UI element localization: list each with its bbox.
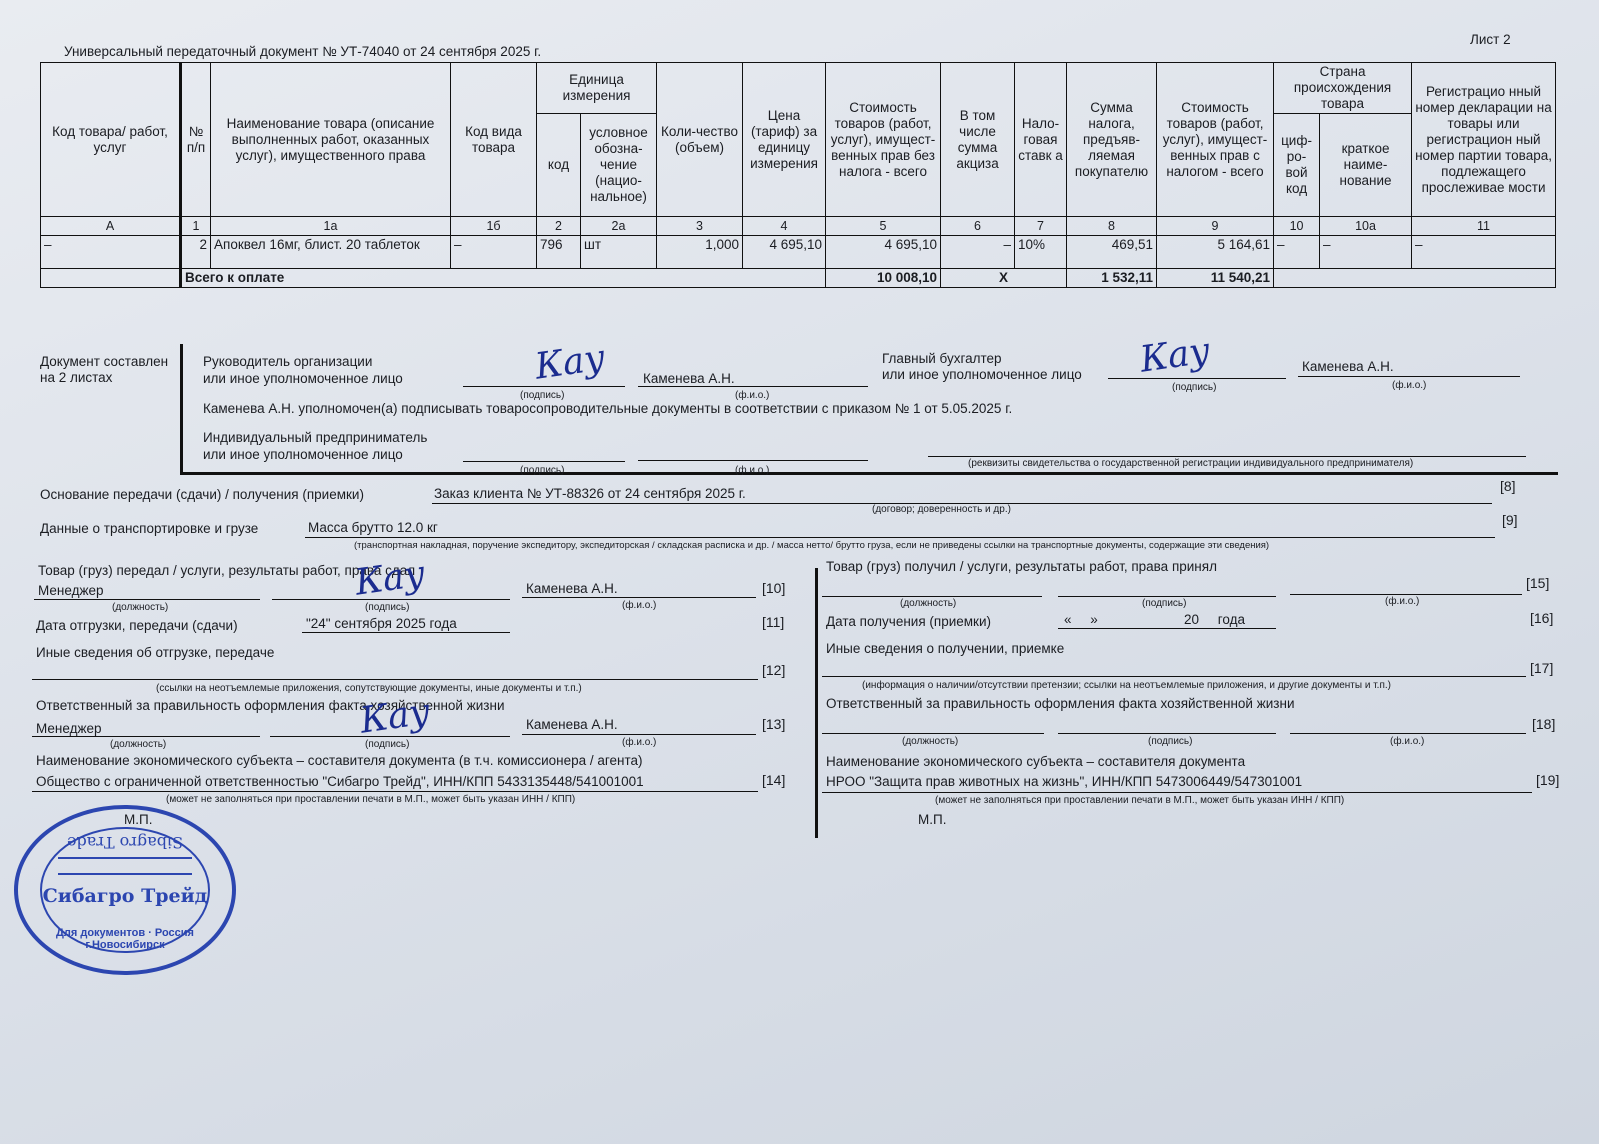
caption-fio: (ф.и.о.) [622, 600, 656, 611]
colnum: 4 [743, 217, 826, 236]
colnum: 8 [1067, 217, 1157, 236]
recv-position-line[interactable] [822, 596, 1042, 597]
column-numbers-row: А 1 1а 1б 2 2а 3 4 5 6 7 8 9 10 10а 11 [41, 217, 1556, 236]
right-entity-value[interactable]: НРОО "Защита прав животных на жизнь", ИН… [826, 774, 1302, 789]
right-resp-label: Ответственный за правильность оформления… [826, 696, 1295, 711]
transport-line [305, 537, 1495, 538]
colnum: 2 [537, 217, 581, 236]
sheet-number: Лист 2 [1470, 32, 1511, 47]
cell-excise: – [941, 236, 1015, 269]
head-name: Каменева А.Н. [643, 371, 735, 386]
caption-position: (должность) [900, 598, 956, 609]
ref-17: [17] [1530, 660, 1553, 676]
total-excise: Х [941, 269, 1067, 288]
colnum: 2а [581, 217, 657, 236]
header-name: Наименование товара (описание выполненны… [211, 63, 451, 217]
accountant-label-2: или иное уполномоченное лицо [882, 367, 1082, 382]
left-resp-name[interactable]: Каменева А.Н. [526, 717, 618, 732]
received-title: Товар (груз) получил / услуги, результат… [826, 559, 1217, 574]
caption-fio: (ф.и.о.) [1392, 380, 1426, 391]
ref-16: [16] [1530, 610, 1553, 626]
basis-caption: (договор; доверенность и др.) [872, 504, 1011, 515]
total-label: Всего к оплате [181, 269, 826, 288]
ref-13: [13] [762, 716, 785, 732]
ip-label-2: или иное уполномоченное лицо [203, 447, 403, 462]
left-resp-label: Ответственный за правильность оформления… [36, 698, 505, 713]
stamp-company-name: Сибагро Трейд [18, 885, 232, 907]
recv-date[interactable]: « » 20 года [1064, 612, 1245, 627]
cell-code: – [41, 236, 181, 269]
header-cost-no-tax: Стоимость товаров (работ, услуг), имущес… [826, 63, 941, 217]
right-mp: М.П. [918, 812, 946, 827]
header-rate: Нало-говая ставк а [1015, 63, 1067, 217]
caption-sign: (подпись) [365, 739, 409, 750]
header-unit-sym: условное обозна-чение (нацио-нальное) [581, 114, 657, 217]
cell-num: 2 [181, 236, 211, 269]
left-resp-position-line [32, 736, 260, 737]
ref-10: [10] [762, 580, 785, 596]
company-stamp: Sibagro Trade Сибагро Трейд Для документ… [14, 805, 236, 975]
header-unit-code: код [537, 114, 581, 217]
right-resp-signature-line[interactable] [1058, 733, 1276, 734]
ref-8: [8] [1500, 478, 1516, 494]
ship-date-line [302, 632, 510, 633]
colnum: 5 [826, 217, 941, 236]
cell-unit-code: 796 [537, 236, 581, 269]
caption-sign: (подпись) [520, 390, 564, 401]
ship-other-line[interactable] [32, 679, 758, 680]
left-entity-value[interactable]: Общество с ограниченной ответственностью… [36, 774, 644, 789]
colnum: 9 [1157, 217, 1274, 236]
head-label-2: или иное уполномоченное лицо [203, 371, 403, 386]
ship-other-label: Иные сведения об отгрузке, передаче [36, 645, 274, 660]
recv-name-line[interactable] [1290, 594, 1522, 595]
caption-sign: (подпись) [520, 465, 564, 476]
left-entity-label: Наименование экономического субъекта – с… [36, 753, 643, 768]
colnum: 6 [941, 217, 1015, 236]
head-name-line [638, 386, 868, 387]
total-cost-no-tax: 10 008,10 [826, 269, 941, 288]
ship-date-label: Дата отгрузки, передачи (сдачи) [36, 618, 238, 633]
cell-kind-code: – [451, 236, 537, 269]
cell-qty: 1,000 [657, 236, 743, 269]
colnum: 1а [211, 217, 451, 236]
header-excise: В том числе сумма акциза [941, 63, 1015, 217]
caption-sign: (подпись) [1148, 736, 1192, 747]
recv-other-caption: (информация о наличии/отсутствии претенз… [862, 680, 1391, 691]
accountant-name-line [1298, 376, 1520, 377]
cell-tax: 469,51 [1067, 236, 1157, 269]
ref-9: [9] [1502, 512, 1518, 528]
caption-fio: (ф.и.о.) [622, 737, 656, 748]
caption-sign: (подпись) [1172, 382, 1216, 393]
colnum: 10а [1320, 217, 1412, 236]
total-cost-with-tax: 11 540,21 [1157, 269, 1274, 288]
ref-14: [14] [762, 772, 785, 788]
cell-country-name: – [1320, 236, 1412, 269]
header-reg-num: Регистрацио нный номер декларации на тов… [1412, 63, 1556, 217]
recv-other-line[interactable] [822, 676, 1526, 677]
left-entity-line [32, 791, 758, 792]
right-entity-caption: (может не заполняться при проставлении п… [935, 795, 1344, 806]
basis-value[interactable]: Заказ клиента № УТ-88326 от 24 сентября … [434, 486, 746, 501]
ip-reg-line [928, 456, 1526, 457]
ref-18: [18] [1532, 716, 1555, 732]
colnum: 7 [1015, 217, 1067, 236]
total-row: Всего к оплате 10 008,10 Х 1 532,11 11 5… [41, 269, 1556, 288]
header-num: № п/п [181, 63, 211, 217]
handed-position[interactable]: Менеджер [38, 583, 104, 598]
handed-name-line [522, 597, 756, 598]
ip-name-line [638, 460, 868, 461]
left-entity-caption: (может не заполняться при проставлении п… [166, 794, 575, 805]
handed-position-line [34, 599, 260, 600]
left-resp-name-line [522, 734, 756, 735]
colnum: 3 [657, 217, 743, 236]
colnum: 11 [1412, 217, 1556, 236]
caption-fio: (ф.и.о.) [1390, 736, 1424, 747]
header-unit: Единица измерения [537, 63, 657, 114]
header-country-code: циф-ро-вой код [1274, 114, 1320, 217]
colnum: 1 [181, 217, 211, 236]
ref-12: [12] [762, 662, 785, 678]
caption-fio: (ф.и.о.) [735, 465, 769, 476]
right-entity-label: Наименование экономического субъекта – с… [826, 754, 1245, 769]
ref-11: [11] [762, 614, 784, 630]
recv-other-label: Иные сведения о получении, приемке [826, 641, 1064, 656]
authority-note: Каменева А.Н. уполномочен(а) подписывать… [203, 401, 1012, 416]
caption-position: (должность) [112, 602, 168, 613]
accountant-label-1: Главный бухгалтер [882, 351, 1002, 366]
ip-signature-line[interactable] [463, 461, 625, 462]
table-row: – 2 Апоквел 16мг, блист. 20 таблеток – 7… [41, 236, 1556, 269]
handed-name[interactable]: Каменева А.Н. [526, 581, 618, 596]
total-tax: 1 532,11 [1067, 269, 1157, 288]
caption-sign: (подпись) [365, 602, 409, 613]
ship-other-caption: (ссылки на неотъемлемые приложения, сопу… [156, 683, 582, 694]
caption-fio: (ф.и.о.) [1385, 596, 1419, 607]
transport-caption: (транспортная накладная, поручение экспе… [354, 540, 1269, 551]
cell-rate: 10% [1015, 236, 1067, 269]
ref-15: [15] [1526, 575, 1549, 591]
cell-price: 4 695,10 [743, 236, 826, 269]
accountant-signature-line[interactable] [1108, 378, 1286, 379]
left-resp-position[interactable]: Менеджер [36, 721, 102, 736]
column-divider [815, 568, 818, 838]
stamp-line [58, 857, 192, 859]
cell-country-code: – [1274, 236, 1320, 269]
document-title: Универсальный передаточный документ № УТ… [64, 44, 541, 59]
caption-position: (должность) [110, 739, 166, 750]
cell-cost-no-tax: 4 695,10 [826, 236, 941, 269]
colnum: 1б [451, 217, 537, 236]
stamp-mirrored-text: Sibagro Trade [18, 833, 232, 852]
cell-unit-sym: шт [581, 236, 657, 269]
transport-value[interactable]: Масса брутто 12.0 кг [308, 520, 438, 535]
accountant-name: Каменева А.Н. [1302, 359, 1394, 374]
transport-label: Данные о транспортировке и грузе [40, 521, 258, 536]
header-cost-with-tax: Стоимость товаров (работ, услуг), имущес… [1157, 63, 1274, 217]
head-label-1: Руководитель организации [203, 354, 372, 369]
colnum: А [41, 217, 181, 236]
right-entity-line [822, 792, 1532, 793]
cell-reg-num: – [1412, 236, 1556, 269]
header-kind-code: Код вида товара [451, 63, 537, 217]
right-resp-name-line[interactable] [1290, 733, 1526, 734]
header-tax: Сумма налога, предъяв-ляемая покупателю [1067, 63, 1157, 217]
stamp-city: Для документов · Россия г.Новосибирск [18, 927, 232, 951]
header-country: Страна происхождения товара [1274, 63, 1412, 114]
cell-name: Апоквел 16мг, блист. 20 таблеток [211, 236, 451, 269]
ref-19: [19] [1536, 772, 1559, 788]
ip-label-1: Индивидуальный предприниматель [203, 430, 427, 445]
header-country-name: краткое наиме-нование [1320, 114, 1412, 217]
caption-sign: (подпись) [1142, 598, 1186, 609]
right-resp-position-line[interactable] [822, 733, 1044, 734]
doc-pages-note: Документ составлен на 2 листах [40, 354, 170, 386]
recv-signature-line[interactable] [1058, 596, 1276, 597]
stamp-line [58, 873, 192, 875]
goods-table: Код товара/ работ, услуг № п/п Наименова… [40, 62, 1556, 288]
header-qty: Коли-чество (объем) [657, 63, 743, 217]
header-code: Код товара/ работ, услуг [41, 63, 181, 217]
header-price: Цена (тариф) за единицу измерения [743, 63, 826, 217]
upd-document: Универсальный передаточный документ № УТ… [0, 0, 1599, 1144]
caption-fio: (ф.и.о.) [735, 390, 769, 401]
caption-position: (должность) [902, 736, 958, 747]
left-resp-signature: Кау [357, 691, 432, 741]
handed-signature: Кау [352, 553, 427, 603]
recv-date-label: Дата получения (приемки) [826, 614, 991, 629]
ship-date[interactable]: "24" сентября 2025 года [306, 616, 457, 631]
handed-signature-line[interactable] [272, 599, 510, 600]
cell-cost-with-tax: 5 164,61 [1157, 236, 1274, 269]
colnum: 10 [1274, 217, 1320, 236]
basis-label: Основание передачи (сдачи) / получения (… [40, 487, 364, 502]
caption-ip-reg: (реквизиты свидетельства о государственн… [968, 458, 1413, 469]
recv-date-line [1058, 628, 1276, 629]
